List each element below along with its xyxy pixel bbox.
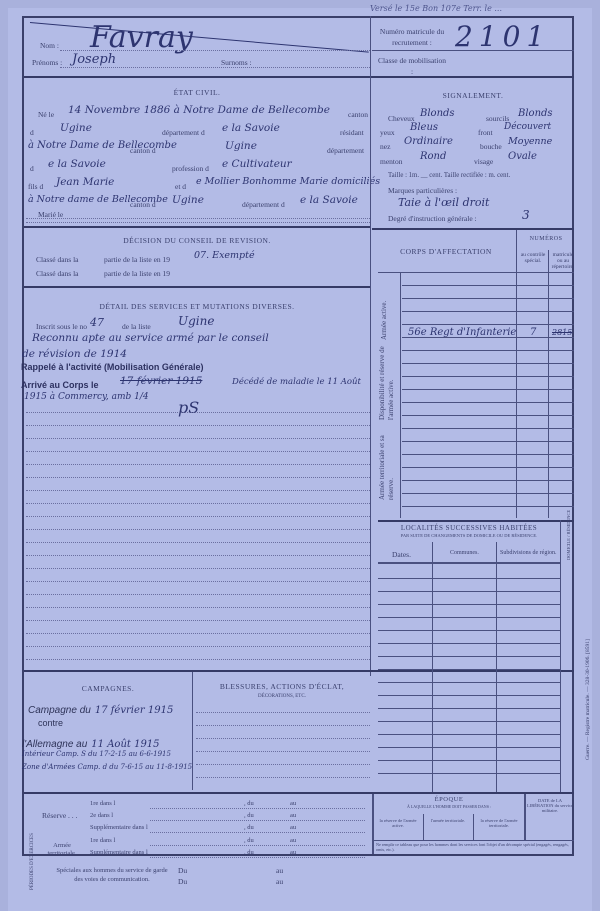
- contre-label: contre: [38, 718, 63, 728]
- campagne-line4: Intérieur Camp. S du 17-2-15 au 6-6-1915: [22, 750, 171, 758]
- inscrit-label: Inscrit sous le no: [36, 322, 87, 331]
- yeux-label: yeux: [380, 128, 395, 137]
- epoque-note: Ne remplir ce tableau que pour les homme…: [376, 842, 572, 852]
- matricule-entry: 2815: [552, 328, 572, 337]
- classe1-label: Classé dans la: [36, 255, 79, 264]
- exercice-row-label: 2e dans l: [90, 812, 113, 819]
- canton2-label: canton d: [130, 146, 156, 155]
- inscrit-value: 47: [90, 316, 104, 329]
- conseil-title: DÉCISION DU CONSEIL DE REVISION.: [24, 236, 370, 245]
- mobilisation-label: (Mobilisation Générale): [104, 362, 204, 372]
- prenoms-label: Prénoms :: [32, 58, 62, 67]
- margin-imprint: Guerre. — Registre matricule. — 328-30-1…: [585, 639, 591, 760]
- departement2-value: e la Savoie: [48, 158, 106, 170]
- exercices-side-label: PÉRIODES D'EXERCICES: [30, 833, 35, 890]
- rappele-label: Rappelé à l'activité: [21, 362, 102, 372]
- ne-le-value: 14 Novembre 1886 à Notre Dame de Belleco…: [68, 104, 330, 116]
- matricule-value: 2101: [455, 20, 550, 53]
- exercice-du: , du: [244, 812, 254, 819]
- visage-value: Ovale: [508, 151, 537, 162]
- col-subdivisions: Subdivisions de région.: [500, 550, 557, 556]
- marques-label: Marques particulières :: [388, 186, 457, 195]
- epoque-col1: la réserve de l'armée active.: [374, 818, 422, 828]
- classe-label: Classe de mobilisation :: [377, 55, 447, 77]
- etat-civil-title: ÉTAT CIVIL.: [24, 88, 370, 97]
- campagnes-title: CAMPAGNES.: [24, 684, 192, 693]
- ne-le-label: Né le: [38, 110, 54, 119]
- exercice-row-label: 1re dans l: [90, 800, 115, 807]
- classe1-mid: partie de la liste en 19: [104, 255, 170, 264]
- localites-subtitle: PAR SUITE DE CHANGEMENTS DE DOMICILE OU …: [378, 533, 560, 538]
- visage-label: visage: [474, 157, 493, 166]
- epoque-subtitle: À LAQUELLE L'HOMME DOIT PASSER DANS :: [374, 804, 524, 809]
- sourcils-value: Blonds: [518, 108, 553, 119]
- mere-value: e Mollier Bonhomme Marie domiciliés: [196, 176, 380, 187]
- corps-entry: 56e Regt d'Infanterie: [408, 327, 516, 338]
- campagne-line5: Zone d'Armées Camp. d du 7-6-15 au 11-8-…: [22, 763, 192, 771]
- services-line-last: 1915 à Commercy, amb 1/4: [24, 392, 149, 402]
- classe2-label: Classé dans la: [36, 269, 79, 278]
- degre-value: 3: [522, 208, 530, 222]
- exercice-au: au: [290, 812, 296, 819]
- fils-label: fils d: [28, 182, 43, 191]
- exercice-row-label: Supplémentaire dans l: [90, 824, 148, 831]
- exercice-row-label: Supplémentaire dans l: [90, 849, 148, 856]
- exercice-du: , du: [244, 824, 254, 831]
- epoque-col2: l'armée territoriale.: [424, 818, 472, 823]
- yeux-value: Bleus: [410, 122, 438, 133]
- nez-label: nez: [380, 142, 390, 151]
- date-liberation-title: DATE de LA LIBÉRATION du service militai…: [526, 798, 574, 813]
- departement-value: e la Savoie: [222, 122, 280, 134]
- localites-title: LOCALITÉS SUCCESSIVES HABITÉES: [378, 524, 560, 532]
- col-communes: Communes.: [450, 550, 479, 556]
- canton-value: Ugine: [60, 122, 92, 134]
- bouche-label: bouche: [480, 142, 502, 151]
- canton-label: canton: [348, 110, 368, 119]
- section-dispo: Disponibilité et réserve de l'armée acti…: [378, 340, 396, 420]
- services-title: DÉTAIL DES SERVICES ET MUTATIONS DIVERSE…: [24, 302, 370, 311]
- departement3-label: département d: [242, 200, 285, 209]
- section-active: Armée active.: [380, 301, 388, 340]
- epoque-title: ÉPOQUE: [374, 796, 524, 803]
- front-label: front: [478, 128, 493, 137]
- departement-label: département d: [162, 128, 205, 137]
- campagne-label: Campagne du: [28, 705, 91, 716]
- front-value: Découvert: [504, 122, 551, 132]
- campagne-start: 17 février 1915: [95, 705, 173, 716]
- canton2-value: Ugine: [225, 140, 257, 152]
- signalement-title: SIGNALEMENT.: [372, 91, 574, 100]
- liste-value: Ugine: [178, 314, 214, 328]
- classe1-value: 07. Exempté: [194, 250, 255, 261]
- nez-value: Ordinaire: [404, 136, 453, 147]
- deces-line: Décédé de maladie le 11 Août: [232, 377, 361, 387]
- controle-header: au contrôle spécial.: [518, 252, 548, 264]
- top-annotation: Versé le 15e Bon 107e Terr. le ...: [370, 4, 502, 13]
- degre-label: Degré d'instruction générale :: [388, 214, 477, 223]
- classe2-mid: partie de la liste en 19: [104, 269, 170, 278]
- services-line3: de révision de 1914: [22, 348, 127, 360]
- canton3-value: Ugine: [172, 194, 204, 206]
- controle-entry: 7: [530, 327, 536, 338]
- exercice-du: , du: [244, 800, 254, 807]
- blessures-title: BLESSURES, ACTIONS D'ÉCLAT,: [194, 682, 370, 691]
- marques-value: Taie à l'œil droit: [398, 196, 489, 209]
- exercice-au: au: [290, 824, 296, 831]
- blessures-subtitle: DÉCORATIONS, ETC.: [194, 694, 370, 699]
- menton-value: Rond: [420, 151, 446, 162]
- speciales-au1: au: [276, 866, 283, 875]
- domicile-side-col: DOMICILE / RÉSIDENCE: [566, 510, 571, 560]
- profession-value: e Cultivateur: [222, 158, 292, 170]
- speciales-du1: Du: [178, 866, 187, 875]
- liste-label: de la liste: [122, 322, 151, 331]
- profession-label: profession d: [172, 164, 209, 173]
- menton-label: menton: [380, 157, 403, 166]
- col-dates: Dates.: [392, 550, 411, 559]
- prenoms-value: Joseph: [72, 52, 116, 67]
- exercice-du: , du: [244, 849, 254, 856]
- canton3-label: canton d: [130, 200, 156, 209]
- residant-label: résidant: [340, 128, 364, 137]
- armee-terr-label: Armée territoriale.: [44, 842, 80, 858]
- exercice-au: au: [290, 800, 296, 807]
- mere-label: et d: [175, 182, 186, 191]
- allemagne-label: l'Allemagne au: [22, 739, 87, 750]
- matricule-label: Numéro matricule du recrutement :: [377, 26, 447, 48]
- surnoms-label: Surnoms :: [221, 58, 252, 67]
- taille-label: Taille : 1m. __ cent. Taille rectifiée :…: [388, 172, 510, 179]
- speciales-label: Spéciales aux hommes du service de garde…: [52, 866, 172, 884]
- corps-header: CORPS D'AFFECTATION: [376, 247, 516, 256]
- departement3-value: e la Savoie: [300, 194, 358, 206]
- exercice-row-label: 1re dans l: [90, 837, 115, 844]
- arrive-label: Arrivé au Corps le: [21, 380, 99, 390]
- services-line2: Reconnu apte au service armé par le cons…: [32, 332, 269, 344]
- speciales-du2: Du: [178, 877, 187, 886]
- nom-label: Nom :: [40, 41, 59, 50]
- cheveux-value: Blonds: [420, 108, 455, 119]
- exercice-au: au: [290, 849, 296, 856]
- pere-value: Jean Marie: [56, 176, 114, 188]
- epoque-col3: la réserve de l'armée territoriale.: [474, 818, 524, 828]
- numeros-header: NUMÉROS: [518, 236, 574, 242]
- exercice-du: , du: [244, 837, 254, 844]
- arrive-value: 17 février 1915: [120, 375, 202, 387]
- matricule-header: matricule ou au répertoire.: [550, 252, 576, 270]
- departement2-label: département: [327, 146, 364, 155]
- paraphe: pS: [178, 398, 199, 417]
- section-terr: Armée territoriale et sa réserve.: [378, 420, 396, 500]
- campagne-end: 11 Août 1915: [91, 739, 159, 750]
- speciales-au2: au: [276, 877, 283, 886]
- exercice-au: au: [290, 837, 296, 844]
- bouche-value: Moyenne: [508, 136, 552, 147]
- reserve-label: Réserve . . .: [42, 811, 77, 820]
